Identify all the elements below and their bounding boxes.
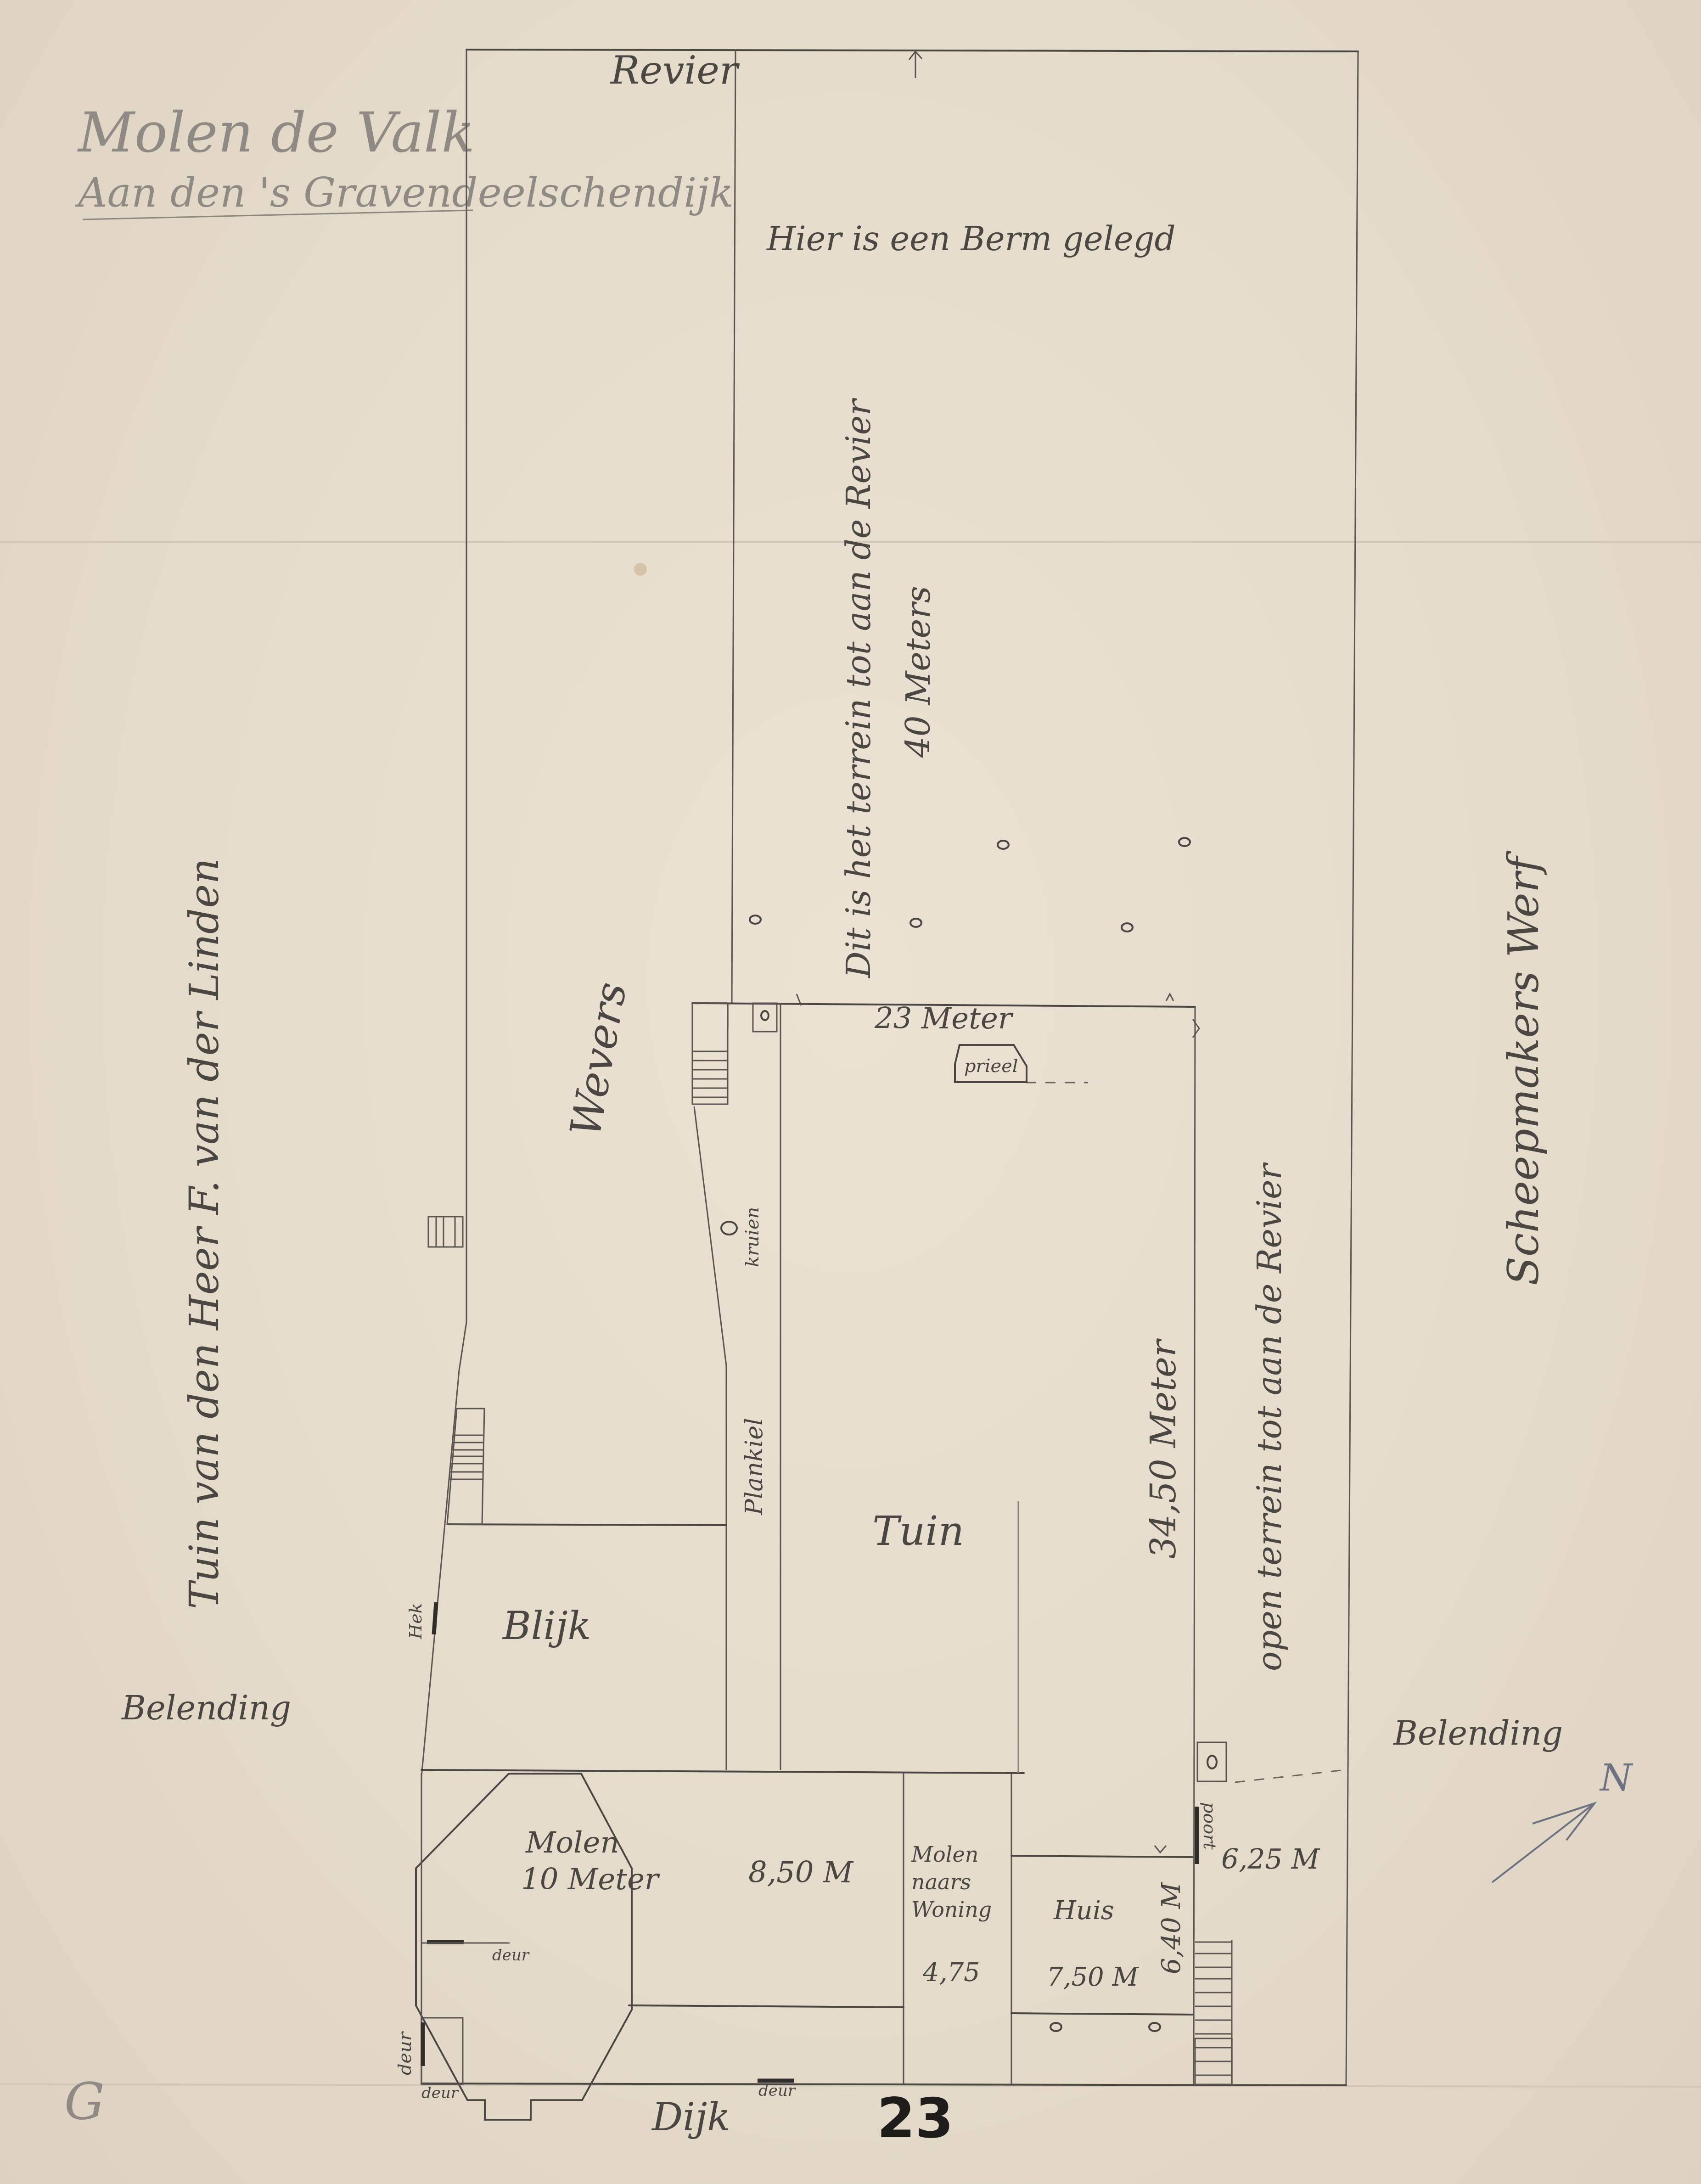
left-belending-label: Belending [121,1689,291,1727]
plankiel-group: Plankiel [741,1418,768,1516]
paper-stain [634,563,647,576]
north-label: N [1599,1757,1634,1799]
gate-dashed-line [1235,1770,1345,1782]
miller-house-line-3: Woning [911,1897,992,1922]
mill-name: Molen [525,1826,619,1860]
stair-icon [692,1051,728,1097]
fence-mark [434,1602,436,1634]
miller-house-line-1: Molen [911,1842,978,1867]
tree-icon [1122,923,1133,932]
fence-label-group: Hek [405,1603,426,1639]
plan-sheet: Molen de Valk Aan den 's Gravendeelschen… [0,0,1701,2184]
gate-width: 6,25 M [1221,1843,1320,1875]
plankiel-label: Plankiel [741,1418,768,1516]
tick-arrow-icon [909,51,922,78]
berm-note: Hier is een Berm gelegd [766,219,1176,258]
miller-house-width: 4,75 [922,1958,980,1987]
left-neighbour-group: Tuin van den Heer F. van der Linden [180,858,228,1609]
terrain-note-group: Dit is het terrein tot aan de Revier [839,398,878,979]
gate-label-group: poort [1200,1802,1220,1850]
left-lower-stair [447,1409,484,1524]
gate-label: poort [1200,1802,1220,1850]
property-boundaries [421,50,1358,2085]
terrain-length-group: 40 Meters [899,586,938,758]
pump-box [753,1003,777,1032]
stair-block [692,1003,728,1104]
terrain-length: 40 Meters [899,586,938,758]
title-line-2: Aan den 's Gravendeelschendijk [75,169,734,216]
chevron-mark-icon [1155,1846,1166,1853]
bleach-label: Blijk [502,1603,591,1648]
stair-icon [1195,1940,1232,2084]
well-label: kruien [742,1207,763,1267]
arbour-label: prieel [964,1056,1018,1077]
well-icon [721,1222,737,1235]
north-arrow-head-icon [1533,1803,1594,1840]
right-belending-label: Belending [1392,1714,1563,1752]
title-block: Molen de Valk Aan den 's Gravendeelschen… [75,101,734,219]
door-label: deur [492,1946,530,1965]
tree-icon [1149,2023,1160,2031]
right-neighbour-label: Scheepmakers Werf [1499,850,1548,1286]
river-boundary-line [466,50,1358,51]
left-upper-stair [428,1217,463,1247]
north-arrow: N [1492,1757,1634,1882]
open-terrain-group: open terrein tot aan de Revier [1250,1162,1289,1671]
terrain-note: Dit is het terrein tot aan de Revier [839,398,878,979]
tree-icon [1050,2023,1061,2031]
page-number: 23 [877,2087,954,2150]
gate-post-icon [1207,1756,1217,1769]
door-label: deur [758,2082,796,2100]
width-label: 23 Meter [874,1002,1014,1036]
length-group: 34,50 Meter [1143,1338,1184,1559]
wevers-label: Wevers [561,978,636,1140]
stair-icon [436,1217,455,1247]
mill-size: 10 Meter [521,1863,660,1897]
tree-icon [1179,838,1190,846]
wevers-group: Wevers [561,978,636,1140]
dyke-label: Dijk [651,2094,730,2139]
gate-post-box [1197,1742,1226,1781]
building-complex [416,994,1345,2120]
well-label-group: kruien [742,1207,763,1267]
left-neighbour-label: Tuin van den Heer F. van der Linden [180,858,228,1609]
north-arrow-shaft [1492,1804,1593,1882]
tree-icon [750,915,761,924]
door-label: deur [421,2084,459,2102]
tree-icon [998,841,1009,849]
house-name: Huis [1053,1896,1114,1926]
site-plan-drawing: Molen de Valk Aan den 's Gravendeelschen… [0,0,1701,2184]
left-boundary-jog [459,1322,466,1370]
right-neighbour-group: Scheepmakers Werf [1499,850,1548,1286]
corner-mark: G [64,2072,105,2131]
open-terrain-label: open terrein tot aan de Revier [1250,1162,1289,1671]
plan-right-wall [1194,1007,1195,2084]
length-label: 34,50 Meter [1143,1338,1184,1559]
garden-label: Tuin [872,1507,964,1555]
pump-icon [761,1011,769,1020]
fence-label: Hek [405,1603,426,1639]
house-width: 7,50 M [1047,1962,1139,1992]
miller-house-line-2: naars [911,1870,971,1894]
title-line-1: Molen de Valk [77,101,475,165]
house-depth: 6,40 M [1156,1882,1186,1974]
mill-top-wall [421,1770,1024,1773]
house-top-wall [1011,1856,1192,1857]
mill-yard-width: 8,50 M [748,1856,854,1890]
mill-bottom-wall [629,2005,904,2007]
tree-icon [910,919,921,927]
door-label: deur [394,2031,415,2075]
right-boundary-line [1346,51,1358,2084]
door-label-group: deur [394,2031,415,2075]
river-label: Revier [610,48,740,93]
wevers-bleach-divider [448,1524,726,1525]
left-boundary-lower [421,1370,459,1777]
house-bottom-wall [1011,2013,1192,2015]
plankiel-slant-wall [694,1106,726,1366]
house-depth-group: 6,40 M [1156,1882,1186,1974]
